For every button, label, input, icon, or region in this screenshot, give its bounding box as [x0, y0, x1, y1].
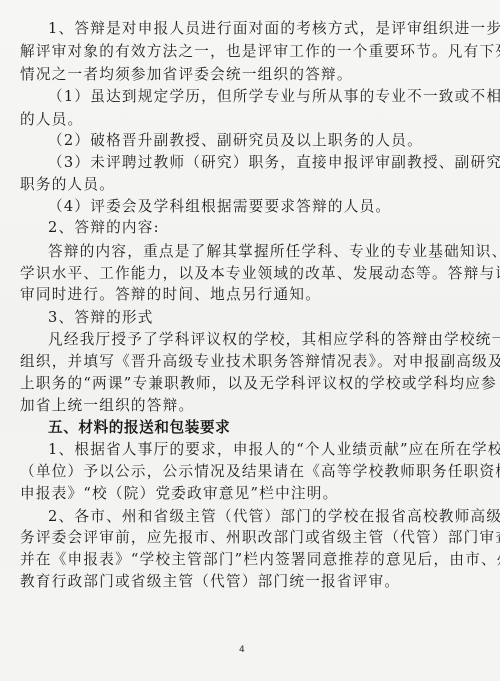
- paragraph-line: 上职务的“两课”专兼职教师，以及无学科评议权的学校或学科均应参: [20, 373, 466, 395]
- document-page: 1、答辩是对申报人员进行面对面的考核方式，是评审组织进一步了 解评审对象的有效方…: [0, 0, 500, 681]
- list-item-line: （2）破格晋升副教授、副研究员及以上职务的人员。: [48, 130, 466, 152]
- list-item-line: 职务的人员。: [20, 174, 466, 196]
- paragraph-line: 教育行政部门或省级主管（代管）部门统一报省评审。: [20, 571, 466, 593]
- paragraph-line: 2、各市、州和省级主管（代管）部门的学校在报省高校教师高级职: [48, 506, 466, 528]
- paragraph-line: 情况之一者均须参加省评委会统一组织的答辩。: [20, 64, 466, 86]
- paragraph-line: 学识水平、工作能力，以及本专业领域的改革、发展动态等。答辩与评: [20, 263, 466, 285]
- paragraph-line: 答辩的内容，重点是了解其掌握所任学科、专业的专业基础知识、: [48, 241, 466, 263]
- paragraph-line: 解评审对象的有效方法之一，也是评审工作的一个重要环节。凡有下列: [20, 41, 466, 63]
- paragraph-line: 凡经我厅授予了学科评议权的学校，其相应学科的答辩由学校统一: [48, 329, 466, 351]
- paragraph-line: 加省上统一组织的答辩。: [20, 395, 466, 417]
- list-item-line: （3）未评聘过教师（研究）职务，直接申报评审副教授、副研究员: [48, 152, 466, 174]
- paragraph-line: 1、根据省人事厅的要求，申报人的“个人业绩贡献”应在所在学校: [48, 439, 466, 461]
- subsection-title: 3、答辩的形式: [48, 307, 466, 329]
- subsection-title: 2、答辩的内容:: [48, 217, 466, 239]
- page-number: 4: [239, 645, 245, 655]
- list-item-line: 的人员。: [20, 109, 466, 131]
- section-heading: 五、材料的报送和包装要求: [48, 417, 466, 439]
- paragraph-line: 务评委会评审前，应先报市、州职改部门或省级主管（代管）部门审查，: [20, 527, 466, 549]
- list-item-line: （4）评委会及学科组根据需要要求答辩的人员。: [48, 196, 466, 218]
- paragraph-line: 审同时进行。答辩的时间、地点另行通知。: [20, 284, 466, 306]
- list-item-line: （1）虽达到规定学历，但所学专业与所从事的专业不一致或不相近: [48, 86, 466, 108]
- paragraph-line: 申报表》“校（院）党委政审意见”栏中注明。: [20, 483, 466, 505]
- paragraph-line: 组织，并填写《晋升高级专业技术职务答辩情况表》。对申报副高级及以: [20, 351, 466, 373]
- paragraph-line: 1、答辩是对申报人员进行面对面的考核方式，是评审组织进一步了: [48, 18, 466, 40]
- paragraph-line: （单位）予以公示，公示情况及结果请在《高等学校教师职务任职资格: [20, 461, 466, 483]
- paragraph-line: 并在《申报表》“学校主管部门”栏内签署同意推荐的意见后，由市、州: [20, 549, 466, 571]
